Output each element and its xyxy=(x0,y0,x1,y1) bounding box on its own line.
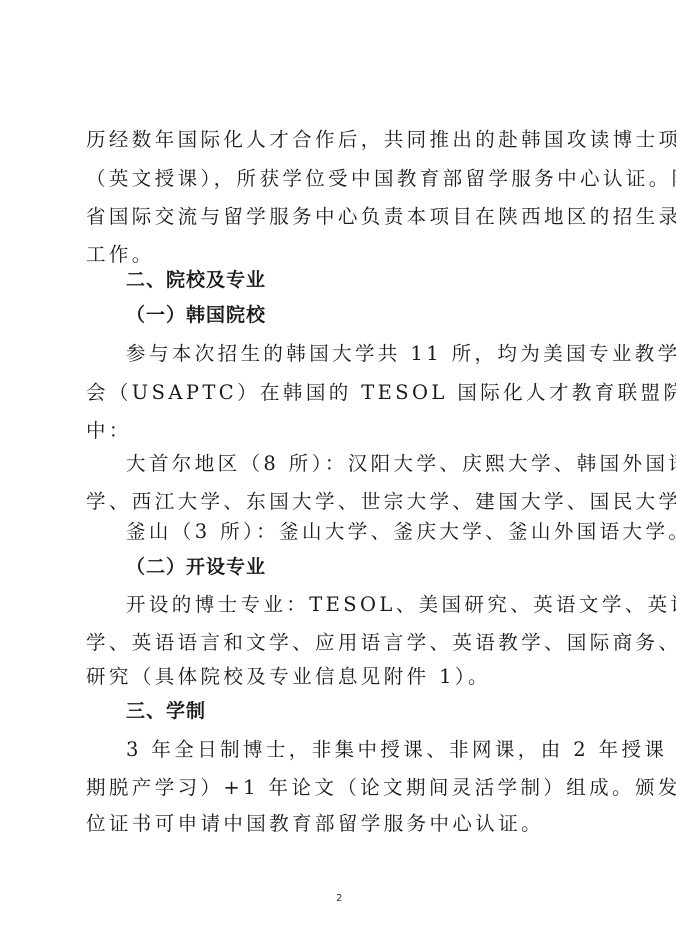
intro-line-2: （英文授课），所获学位受中国教育部留学服务中心认证。陕西 xyxy=(86,167,598,191)
duration-line-3: 位证书可申请中国教育部留学服务中心认证。 xyxy=(86,812,598,836)
seoul-region-line-1: 大首尔地区（8 所）：汉阳大学、庆熙大学、韩国外国语大 xyxy=(126,452,638,476)
subsection-2-heading: （二）开设专业 xyxy=(126,555,638,579)
page-number: 2 xyxy=(336,893,342,904)
busan-region-line: 釜山（3 所）：釜山大学、釜庆大学、釜山外国语大学。 xyxy=(126,520,638,544)
universities-intro-line-3: 中： xyxy=(86,419,598,443)
section-2-heading: 二、院校及专业 xyxy=(126,268,638,292)
intro-line-3: 省国际交流与留学服务中心负责本项目在陕西地区的招生录取 xyxy=(86,205,598,229)
majors-line-3: 研究（具体院校及专业信息见附件 1）。 xyxy=(86,665,598,689)
universities-intro-line-1: 参与本次招生的韩国大学共 11 所，均为美国专业教学委员 xyxy=(126,342,638,366)
intro-line-4: 工作。 xyxy=(86,243,598,267)
majors-line-1: 开设的博士专业：TESOL、美国研究、英语文学、英语语言 xyxy=(126,593,638,617)
intro-line-1: 历经数年国际化人才合作后，共同推出的赴韩国攻读博士项目 xyxy=(86,128,598,152)
document-page: 历经数年国际化人才合作后，共同推出的赴韩国攻读博士项目 （英文授课），所获学位受… xyxy=(0,0,676,933)
subsection-1-heading: （一）韩国院校 xyxy=(126,303,638,327)
duration-line-1: 3 年全日制博士，非集中授课、非网课，由 2 年授课（4 学 xyxy=(126,738,638,762)
seoul-region-line-2: 学、西江大学、东国大学、世宗大学、建国大学、国民大学； xyxy=(86,490,598,514)
duration-line-2: 期脱产学习）+1 年论文（论文期间灵活学制）组成。颁发的学 xyxy=(86,776,598,800)
universities-intro-line-2: 会（USAPTC）在韩国的 TESOL 国际化人才教育联盟院校，其 xyxy=(86,381,598,405)
section-3-heading: 三、学制 xyxy=(126,699,638,723)
majors-line-2: 学、英语语言和文学、应用语言学、英语教学、国际商务、英语 xyxy=(86,631,598,655)
